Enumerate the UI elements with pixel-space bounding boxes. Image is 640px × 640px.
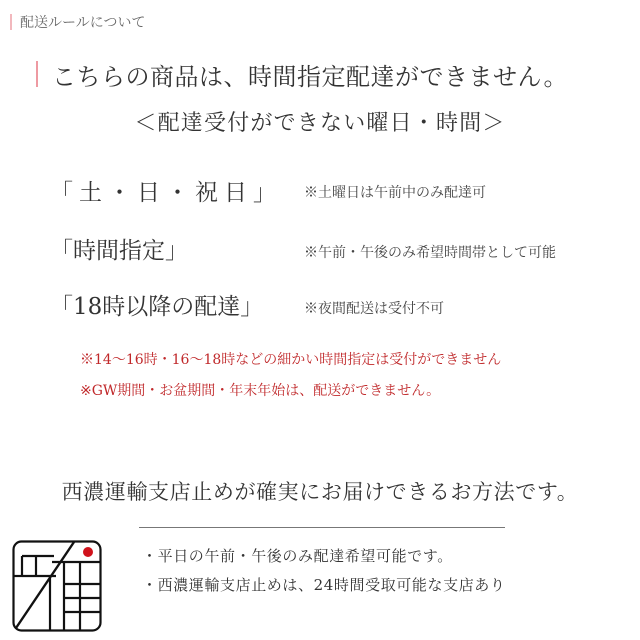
miyabi-logo-icon	[12, 540, 102, 632]
section-label-text: 配送ルールについて	[20, 12, 145, 32]
rule-label-holidays: 「土・日・祝日」	[50, 174, 282, 207]
warning-time-slots: ※14〜16時・16〜18時などの細かい時間指定は受付ができません	[80, 349, 501, 369]
section-label: 配送ルールについて	[10, 12, 145, 32]
rule-label-after-18: 「18時以降の配達」	[50, 288, 263, 321]
headline-text: こちらの商品は、時間指定配達ができません。	[52, 57, 568, 92]
rule-label-time-specification: 「時間指定」	[50, 232, 188, 265]
accent-bar	[10, 14, 12, 30]
rule-note-after-18: ※夜間配送は受付不可	[304, 298, 444, 318]
rule-note-holidays: ※土曜日は午前中のみ配達可	[304, 182, 486, 202]
bullet-weekday-delivery: ・平日の午前・午後のみ配達希望可能です。	[142, 545, 453, 566]
warning-holiday-periods: ※GW期間・お盆期間・年末年始は、配送ができません。	[80, 380, 440, 400]
divider	[139, 527, 505, 528]
rule-note-time-specification: ※午前・午後のみ希望時間帯として可能	[304, 242, 556, 262]
delivery-method-statement: 西濃運輸支店止めが確実にお届けできるお方法です。	[0, 476, 640, 506]
subheading: ＜配達受付ができない曜日・時間＞	[0, 106, 640, 137]
bullet-depot-pickup: ・西濃運輸支店止めは、24時間受取可能な支店あり	[142, 574, 506, 595]
headline: こちらの商品は、時間指定配達ができません。	[36, 58, 568, 90]
accent-bar	[36, 61, 38, 87]
